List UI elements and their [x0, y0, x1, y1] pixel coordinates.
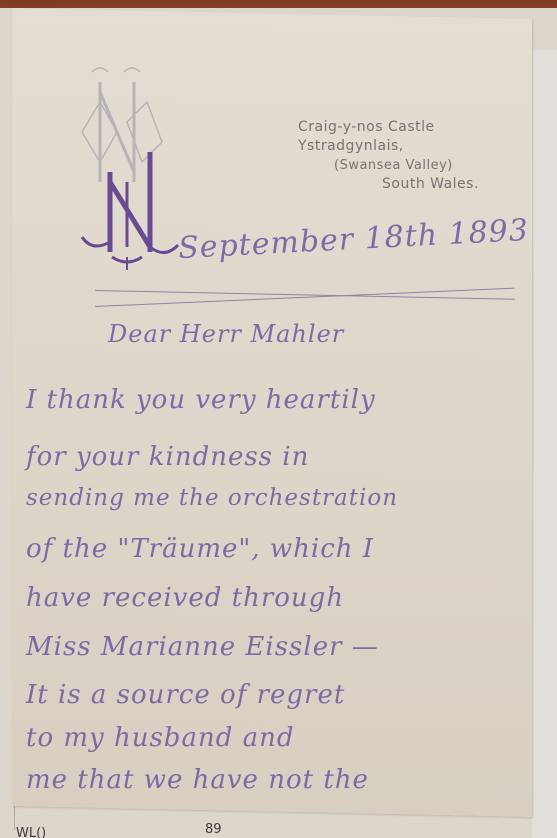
body-line-6: Miss Marianne Eissler —: [26, 632, 379, 662]
body-line-7: It is a source of regret: [26, 680, 345, 710]
archive-page-number: 89: [205, 822, 222, 837]
body-line-9: me that we have not the: [26, 765, 369, 795]
address-line-town: Ystradgynlais,: [296, 137, 508, 156]
address-line-castle: Craig-y-nos Castle: [296, 118, 508, 137]
body-line-5: have received through: [26, 583, 344, 613]
body-line-3: sending me the orchestration: [26, 485, 398, 511]
archive-label: WL(): [16, 826, 46, 838]
body-line-8: to my husband and: [26, 723, 295, 753]
monogram-icon: [72, 62, 182, 272]
letterhead-address: Craig-y-nos Castle Ystradgynlais, (Swans…: [296, 118, 508, 194]
body-line-4: of the "Träume", which I: [26, 534, 374, 564]
adjacent-page-edge: [532, 50, 557, 838]
letter-salutation: Dear Herr Mahler: [108, 320, 344, 348]
body-line-1: I thank you very heartily: [26, 385, 376, 415]
address-line-valley: (Swansea Valley): [296, 156, 508, 175]
body-line-2: for your kindness in: [26, 442, 309, 472]
address-line-region: South Wales.: [296, 175, 508, 194]
